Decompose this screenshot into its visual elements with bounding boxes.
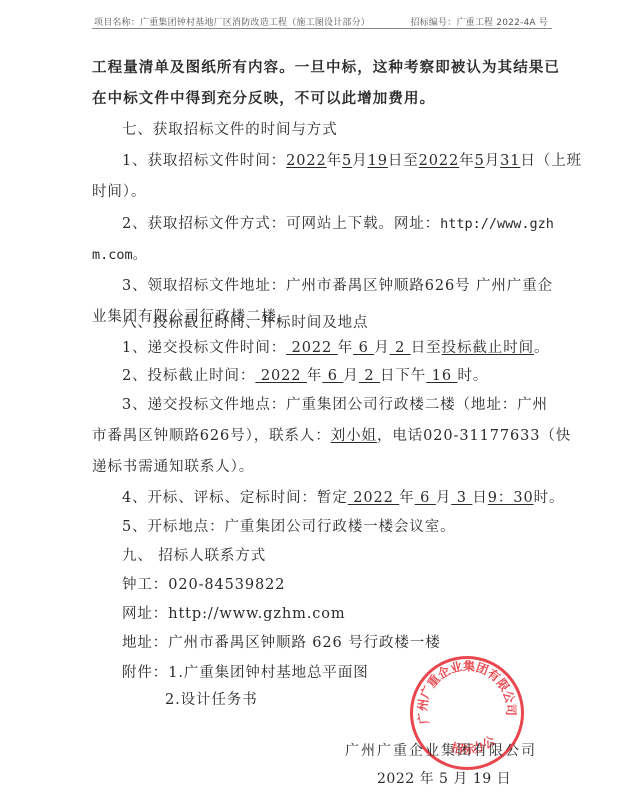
s8-item-3: 3、递交投标文件地点：广重集团公司行政楼二楼（地址：广州	[122, 395, 574, 415]
attachment-1: 1.广重集团钟村基地总平面图	[168, 665, 368, 681]
project-name: 项目名称：广重集团钟村基地厂区消防改造工程（施工图设计部分）	[94, 15, 370, 28]
signature-company: 广州广重企业集团有限公司	[345, 740, 537, 760]
s8-item-2: 2、投标截止时间： 2022 年 6 月 2 日下午 16 时。	[122, 366, 574, 386]
section-7-title: 七、获取招标文件的时间与方式	[122, 120, 574, 140]
s7-item-1: 1、获取招标文件时间：2022年5月19日至2022年5月31日（上班	[122, 151, 574, 171]
s8-item-1: 1、递交投标文件时间： 2022 年 6 月 2 日至投标截止时间。	[122, 338, 574, 358]
section-9-title: 九、 招标人联系方式	[122, 546, 574, 566]
s7-item-1-cont: 时间）。	[92, 182, 544, 202]
section-8-title-visible: 八、投标截止时间、开标时间及地点	[122, 313, 574, 333]
s7-item-3: 3、领取招标文件地址：广州市番禺区钟顺路626号 广州广重企	[122, 276, 574, 296]
contact-phone: 钟工：020-84539822	[122, 575, 574, 595]
contact-person: 刘小姐	[331, 428, 377, 444]
page-header: 项目名称：广重集团钟村基地厂区消防改造工程（施工图设计部分） 招标编号：广重工程…	[92, 14, 552, 29]
contact-website[interactable]: 网址：http://www.gzhm.com	[122, 604, 574, 624]
s8-item-3-line2: 市番禺区钟顺路626号），联系人：刘小姐，电话020-31177633（快	[92, 426, 544, 446]
s7-item-2-cont: m.com。	[92, 245, 544, 265]
paragraph-line: 在中标文件中得到充分反映，不可以此增加费用。	[92, 89, 544, 109]
contact-address: 地址：广州市番禺区钟顺路 626 号行政楼一楼	[122, 633, 574, 653]
s8-item-3-line3: 递标书需通知联系人）。	[92, 457, 544, 477]
attachment-2: 2.设计任务书	[165, 690, 617, 710]
bid-number: 招标编号：广重工程 2022-4A 号	[410, 15, 548, 28]
paragraph-line: 工程量清单及图纸所有内容。一旦中标，这种考察即被认为其结果已	[92, 58, 544, 78]
website-link[interactable]: http://www.gzh	[440, 216, 554, 232]
s8-item-5: 5、开标地点：广重集团公司行政楼一楼会议室。	[122, 517, 574, 537]
signature-date: 2022 年 5 月 19 日	[377, 768, 511, 788]
s8-item-4: 4、开标、评标、定标时间：暂定 2022 年 6 月 3 日9：30时。	[122, 488, 574, 508]
s7-item-2: 2、获取招标文件方式：可网站上下载。网址：http://www.gzh	[122, 214, 574, 234]
svg-text:广州广重企业集团有限公司: 广州广重企业集团有限公司	[415, 658, 518, 725]
document-page: 项目名称：广重集团钟村基地厂区消防改造工程（施工图设计部分） 招标编号：广重工程…	[0, 0, 637, 801]
